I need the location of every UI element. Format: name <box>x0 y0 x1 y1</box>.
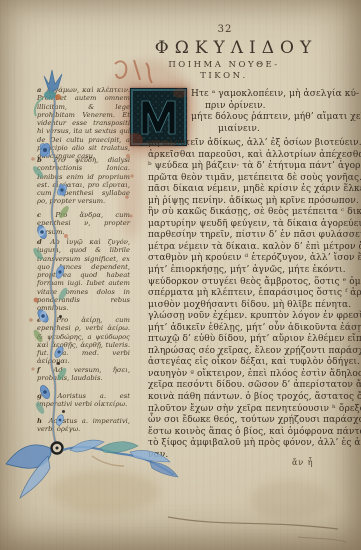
note-label: c <box>37 211 41 219</box>
note-label: f <box>37 366 40 374</box>
note-label: a <box>37 86 41 94</box>
note-label: b <box>37 156 42 164</box>
book-page: 32 ΦΩΚΥΛΙΔΟΥ ΠΟΙΗΜΑ ΝΟΥΘΕ- ΤΙΚΟΝ. Ητε ᵃ … <box>0 0 361 550</box>
ink-dot <box>57 362 60 365</box>
ink-dot <box>62 410 65 413</box>
margin-note-a: a Ἀ γάμων, καὶ κλέπτειν. Prohibet autem … <box>37 86 130 161</box>
margin-note-f: f Ad versum, ἤσει, probabis, laudabis. <box>37 366 130 383</box>
margin-note-c: c Pro ἄνδρα, cum epenthesi ν, propter ve… <box>37 211 130 236</box>
margin-notes: a Ἀ γάμων, καὶ κλέπτειν. Prohibet autem … <box>0 0 361 550</box>
margin-note-e: e Pro ἀείρῃ, cum epenthesi ρ, verbi ἀείρ… <box>37 316 130 366</box>
margin-note-h: h Aoristus a. imperativi, verbi ὀρέγω. <box>37 417 130 434</box>
note-label: h <box>37 417 42 425</box>
margin-note-d: d Ab ἰυγῷ καὶ ζυγόν, iugum, quod & libri… <box>37 238 130 313</box>
ink-dot <box>59 315 62 318</box>
note-label: d <box>37 238 42 246</box>
margin-note-g: g Aoristus a. est imperativi verbi οἰκτε… <box>37 392 130 409</box>
margin-note-b: b Pro ψεύδη, dialysi contractionis Ionic… <box>37 156 130 206</box>
note-label: e <box>37 316 41 324</box>
note-label: g <box>37 392 42 400</box>
